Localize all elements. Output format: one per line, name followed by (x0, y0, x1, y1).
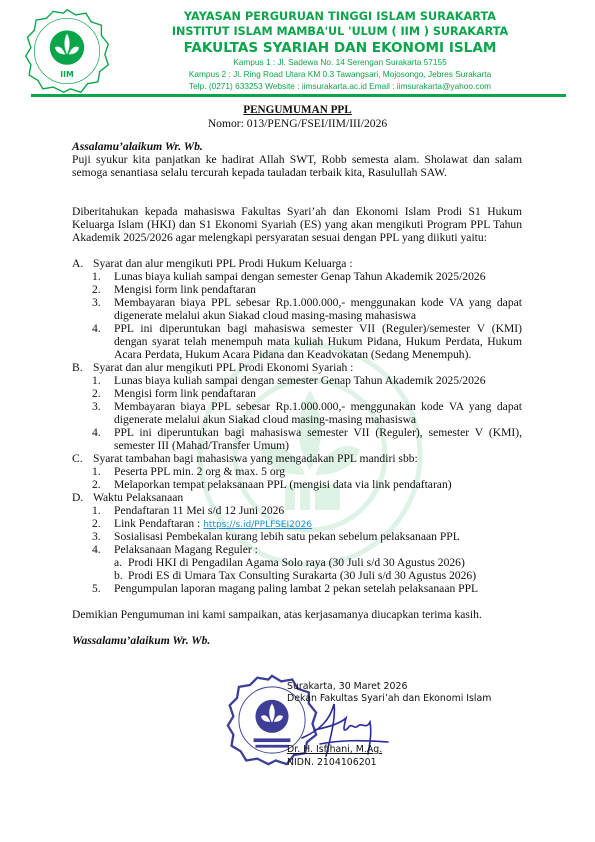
section-mark: C. (72, 452, 83, 465)
campus-2-address: Kampus 2 : Jl. Ring Road Utara KM 0.3 Ta… (115, 69, 565, 79)
faculty-name: FAKULTAS SYARIAH DAN EKONOMI ISLAM (115, 40, 565, 56)
signatory-name: Dr. H. Isfihani, M.Ag. (287, 744, 382, 755)
foundation-name: YAYASAN PERGURUAN TINGGI ISLAM SURAKARTA (115, 10, 565, 23)
svg-text:IIM: IIM (60, 70, 73, 79)
section-label: Syarat dan alur mengikuti PPL Prodi Huku… (93, 257, 353, 270)
section-label: Waktu Pelaksanaan (93, 491, 183, 504)
institute-name: INSTITUT ISLAM MAMBA'UL 'ULUM ( IIM ) SU… (115, 25, 565, 38)
signatory-nidn: NIDN. 2104106201 (287, 757, 377, 768)
section-label: Syarat dan alur mengikuti PPL Prodi Ekon… (93, 361, 353, 374)
signatory-role: Dekan Fakultas Syari’ah dan Ekonomi Isla… (287, 693, 491, 704)
document-number: Nomor: 013/PENG/FSEI/IIM/III/2026 (0, 117, 595, 130)
announcement-paragraph: Diberitahukan kepada mahasiswa Fakultas … (72, 205, 522, 244)
section-mark: B. (72, 361, 83, 374)
campus-1-address: Kampus 1 : Jl. Sadewa No. 14 Serengan Su… (115, 57, 565, 67)
page-title: PENGUMUMAN PPL (0, 104, 595, 117)
signature-place-date: Surakarta, 30 Maret 2026 (287, 681, 407, 692)
registration-link[interactable]: https://s.id/PPLFSEI2026 (203, 520, 312, 530)
closing-paragraph: Demikian Pengumuman ini kami sampaikan, … (72, 608, 522, 621)
section-label: Syarat tambahan bagi mahasiswa yang meng… (93, 452, 418, 465)
contact-info: Telp. (0271) 633253 Website : iimsurakar… (115, 81, 565, 91)
intro-paragraph: Puji syukur kita panjatkan ke hadirat Al… (72, 153, 522, 179)
section-mark: A. (72, 257, 83, 270)
section-mark: D. (72, 491, 83, 504)
greeting: Assalamu’alaikum Wr. Wb. (72, 140, 203, 153)
farewell: Wassalamu’alaikum Wr. Wb. (72, 634, 210, 647)
announcement-page: IIM YAYASAN PERGURUAN TINGGI ISLAM SURAK… (0, 0, 595, 842)
header-divider (31, 94, 566, 97)
institution-logo-icon: IIM (24, 8, 110, 94)
